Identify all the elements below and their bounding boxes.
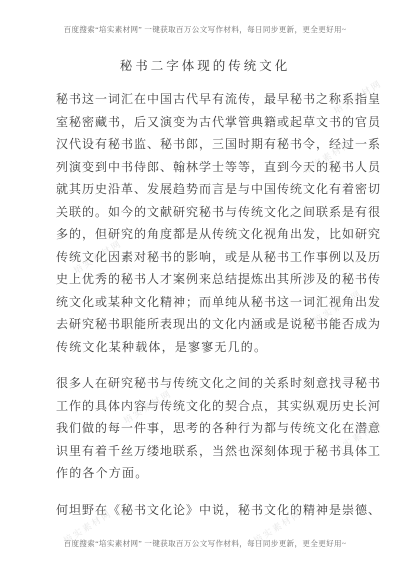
body-line: 史上优秀的秘书人才案例来总结提炼出其所涉及的秘书传 (56, 268, 354, 291)
document-title: 秘书二字体现的传统文化 (0, 56, 410, 74)
page-footer-text: 百度搜索“培实素材网” 一键获取百万公文写作材料，每日同步更新，更全更好用~ (0, 538, 410, 549)
body-line: 列演变到中书侍郎、翰林学士等等，直到今天的秘书人员 (56, 156, 354, 179)
body-line: 统文化或某种文化精神；而单纯从秘书这一词汇视角出发 (56, 291, 354, 314)
document-page: 百度搜索“培实素材网” 一键获取百万公文写作材料，每日同步更新，更全更好用~ 秘… (0, 0, 410, 580)
body-line: 室秘密藏书，后又演变为古代掌管典籍或起草文书的官员 (56, 111, 354, 134)
body-line: 秘书这一词汇在中国古代早有流传，最早秘书之称系指皇 (56, 88, 354, 111)
page-header-text: 百度搜索“培实素材网” 一键获取百万公文写作材料，每日同步更新，更全更好用~ (0, 24, 410, 35)
body-line: 关联的。如今的文献研究秘书与传统文化之间联系是有很 (56, 201, 354, 224)
document-body: 秘书这一词汇在中国古代早有流传，最早秘书之称系指皇室秘密藏书，后又演变为古代掌管… (56, 88, 354, 535)
body-line: 传统文化某种载体，是寥寥无几的。 (56, 336, 354, 359)
paragraph: 秘书这一词汇在中国古代早有流传，最早秘书之称系指皇室秘密藏书，后又演变为古代掌管… (56, 88, 354, 358)
body-line: 识里有着千丝万缕地联系，当然也深刻体现于秘书具体工 (56, 440, 354, 463)
body-line: 汉代设有秘书监、秘书郎，三国时期有秘书令，经过一系 (56, 133, 354, 156)
body-line: 我们做的每一件事，思考的各种行为都与传统文化在潜意 (56, 417, 354, 440)
body-line: 传统文化因素对秘书的影响，或是从秘书工作事例以及历 (56, 246, 354, 269)
body-line: 多的，但研究的角度都是从传统文化视角出发，比如研究 (56, 223, 354, 246)
paragraph: 何坦野在《秘书文化论》中说，秘书文化的精神是崇德、 (56, 499, 354, 522)
body-line: 工作的具体内容与传统文化的契合点，其实纵观历史长河 (56, 395, 354, 418)
body-line: 就其历史沿革、发展趋势而言是与中国传统文化有着密切 (56, 178, 354, 201)
body-line: 去研究秘书职能所表现出的文化内涵或是说秘书能否成为 (56, 313, 354, 336)
body-line: 很多人在研究秘书与传统文化之间的关系时刻意找寻秘书 (56, 372, 354, 395)
body-line: 何坦野在《秘书文化论》中说，秘书文化的精神是崇德、 (56, 499, 354, 522)
body-line: 作的各个方面。 (56, 462, 354, 485)
paragraph: 很多人在研究秘书与传统文化之间的关系时刻意找寻秘书工作的具体内容与传统文化的契合… (56, 372, 354, 485)
